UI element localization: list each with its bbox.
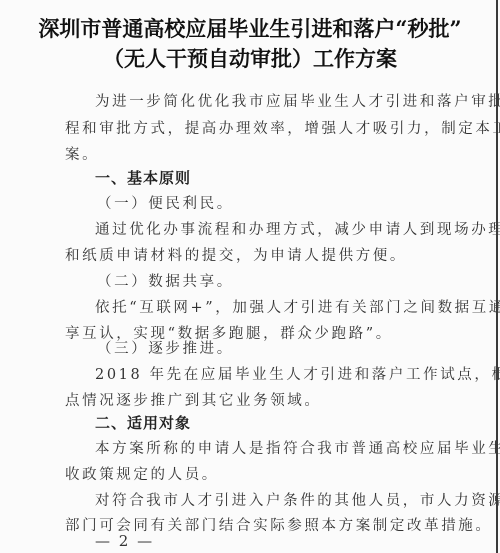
document-title-line2: （无人干预自动审批）工作方案 (0, 43, 500, 73)
paragraph-line: 依托“互联网+”，加强人才引进有关部门之间数据互通和共 (95, 296, 500, 317)
document-title-line1: 深圳市普通高校应届毕业生引进和落户“秒批” (0, 13, 500, 43)
paragraph-line: 点情况逐步推广到其它业务领域。 (65, 389, 322, 410)
paragraph-line: 和纸质申请材料的提交，为申请人提供方便。 (65, 244, 407, 265)
paragraph-line: 2018 年先在应届毕业生人才引进和落户工作试点，根据试 (95, 363, 500, 384)
page-number: — 2 — (95, 532, 154, 550)
intro-line: 案。 (65, 143, 99, 164)
intro-line: 为进一步简化优化我市应届毕业生人才引进和落户审批流 (95, 90, 500, 111)
paragraph-line: 本方案所称的申请人是指符合我市普通高校应届毕业生接 (95, 437, 500, 458)
intro-line: 程和审批方式，提高办理效率，增强人才吸引力，制定本工作方 (65, 117, 500, 138)
section-heading-principles: 一、基本原则 (95, 167, 191, 188)
paragraph-line: 收政策规定的人员。 (65, 463, 219, 484)
subheading-convenience: （一）便民利民。 (97, 192, 234, 213)
section-heading-applicable: 二、适用对象 (95, 412, 191, 433)
subheading-gradual-progress: （三）逐步推进。 (97, 337, 234, 358)
paragraph-line: 对符合我市人才引进入户条件的其他人员，市人力资源保障 (95, 489, 500, 510)
page-edge-border (496, 0, 498, 553)
paragraph-line: 通过优化办事流程和办理方式，减少申请人到现场办理次数 (95, 218, 500, 239)
subheading-data-sharing: （二）数据共享。 (97, 270, 234, 291)
